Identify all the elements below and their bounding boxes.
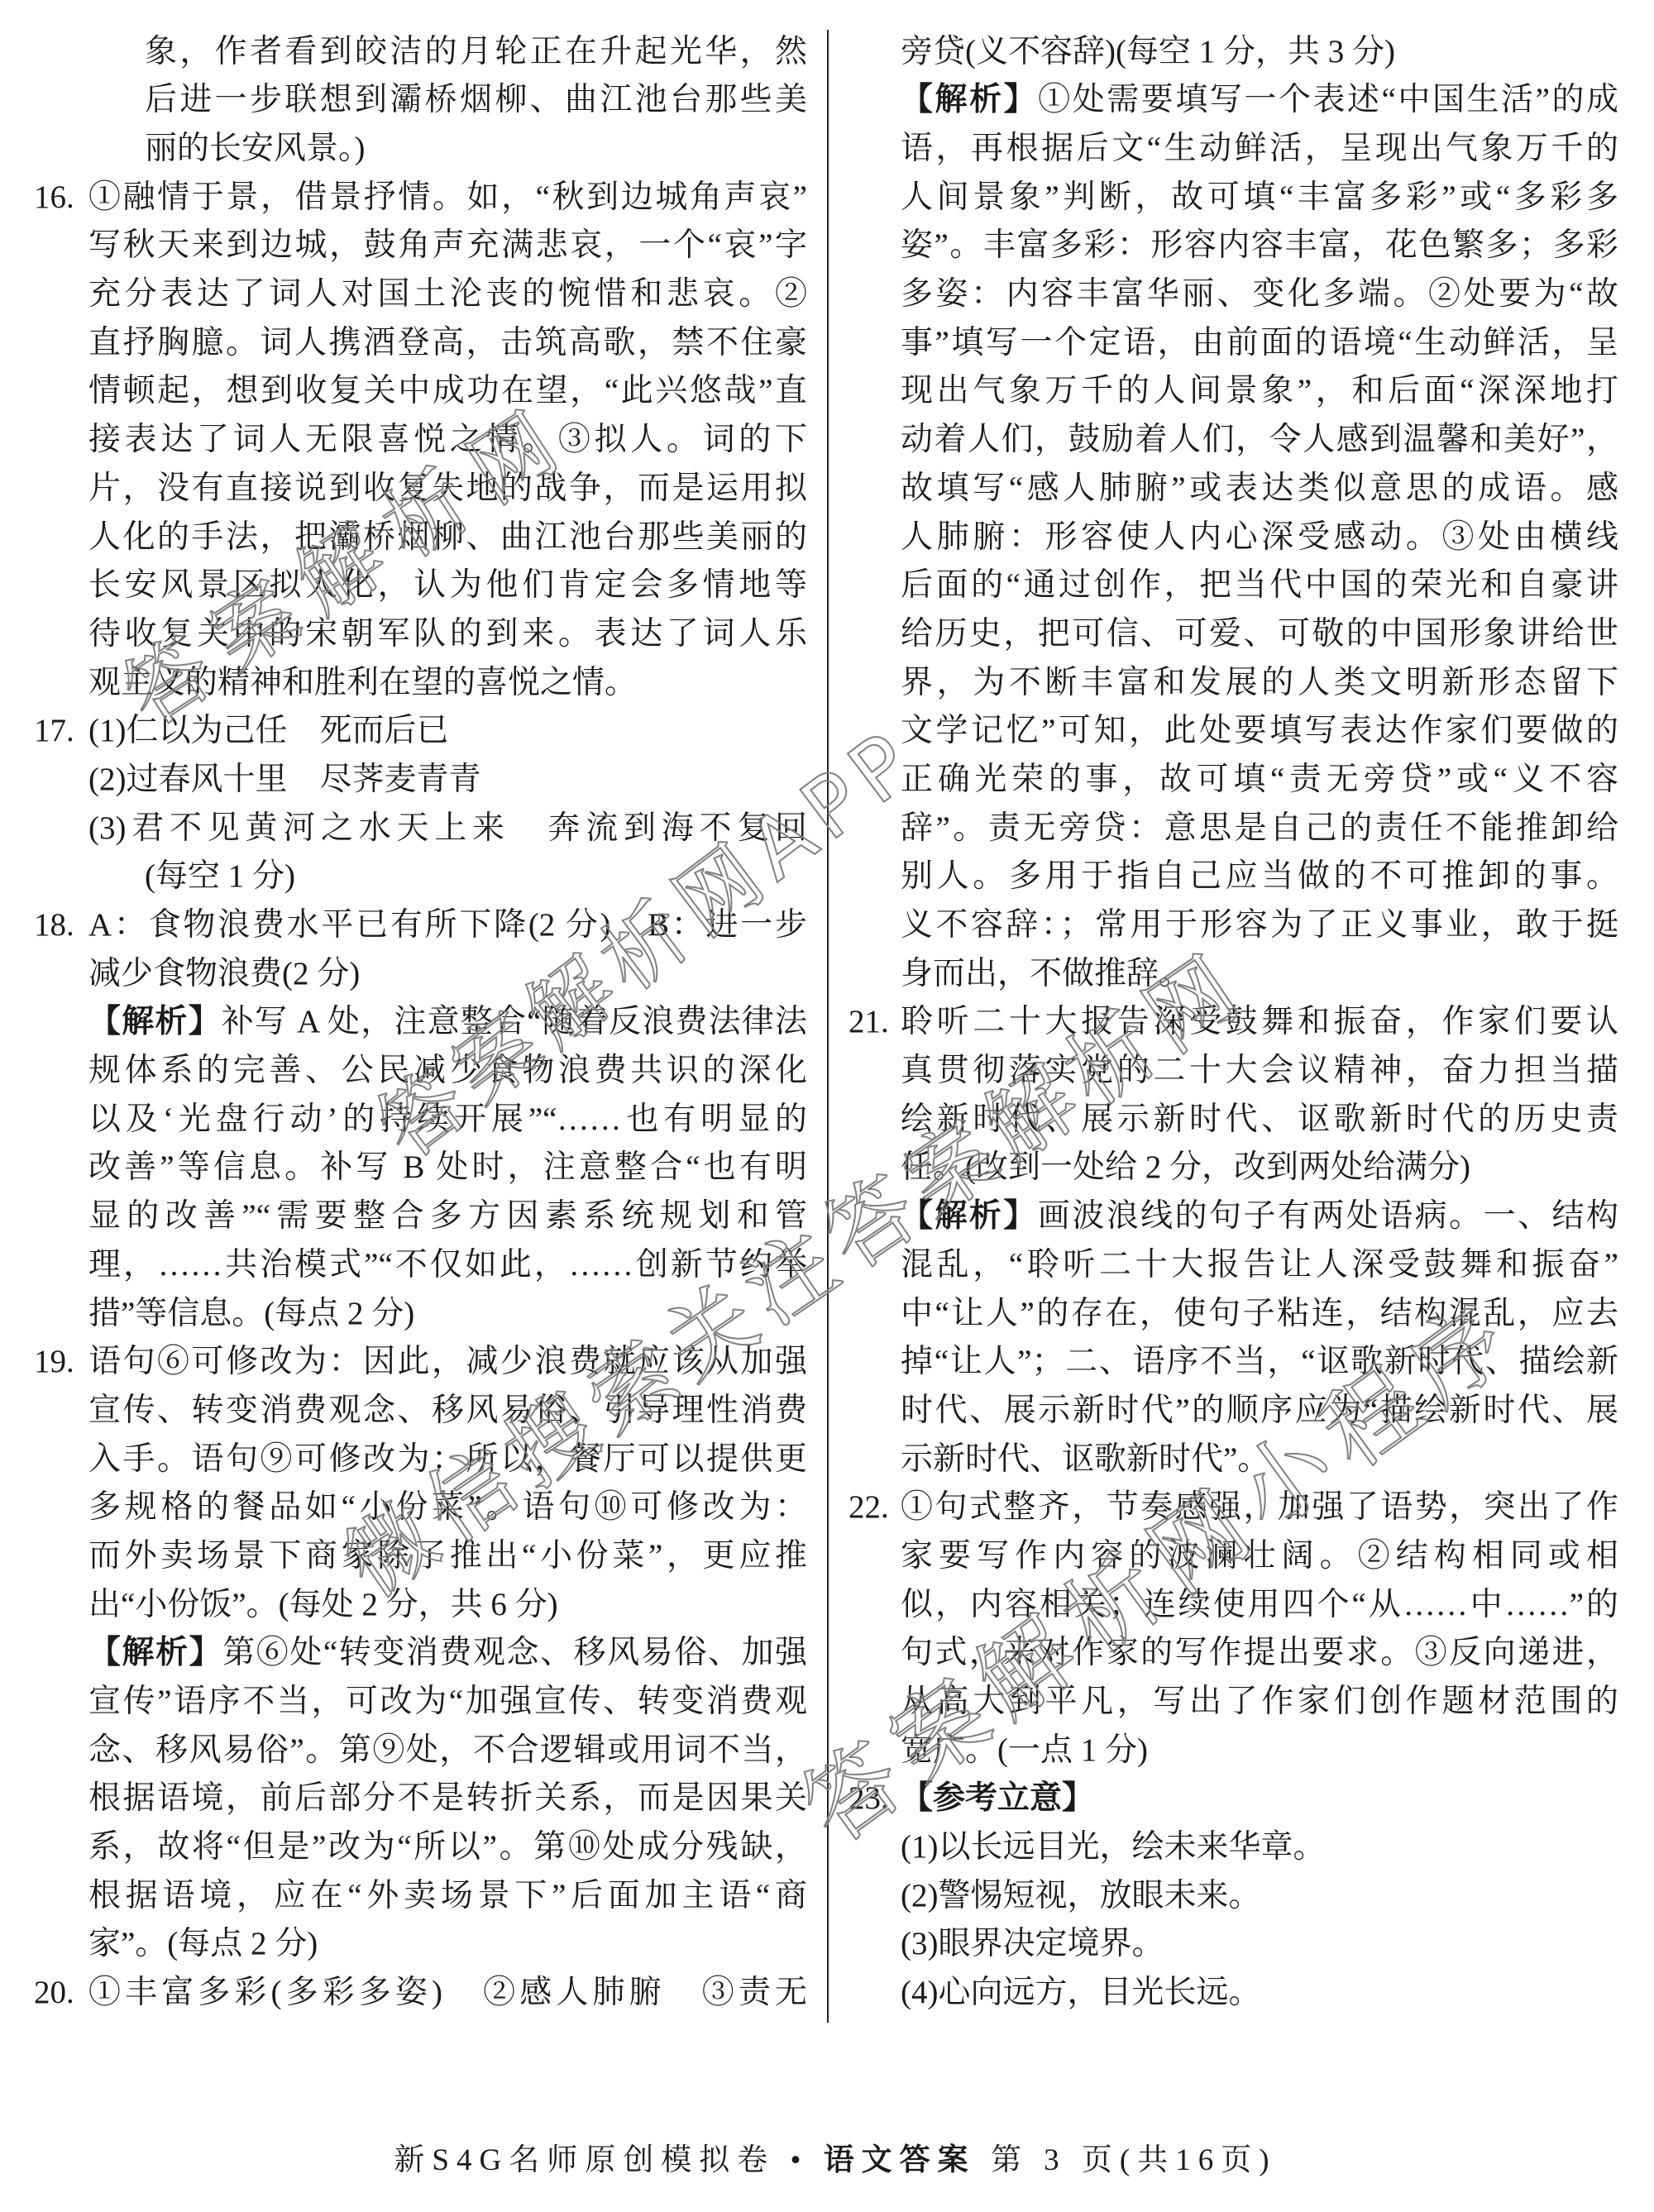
line-text: (2)警惕短视，放眼未来。 bbox=[901, 1878, 1260, 1913]
line-text: 根据语境，前后部分不是转折关系，而是因果关 bbox=[88, 1780, 807, 1816]
text-line: 给历史，把可信、可爱、可敬的中国形象讲给世 bbox=[849, 610, 1618, 659]
text-line: 人间景象”判断，故可填“丰富多彩”或“多彩多 bbox=[849, 174, 1618, 222]
text-line: (2)过春风十里 尽荠麦青青 bbox=[34, 756, 807, 805]
line-text: ①丰富多彩(多彩多姿) ②感人肺腑 ③责无 bbox=[88, 1975, 807, 2010]
text-line: 减少食物浪费(2 分) bbox=[34, 950, 807, 999]
analysis-line: 【解析】补写 A 处，注意整合“随着反浪费法律法 bbox=[34, 998, 807, 1047]
text-line: 观主义的精神和胜利在望的喜悦之情。 bbox=[34, 659, 807, 708]
line-text: (1)仁以为己任 死而后已 bbox=[88, 713, 448, 748]
text-line: 显的改善”“需要整合多方因素系统规划和管 bbox=[34, 1192, 807, 1241]
text-line: 掉“让人”；二、语序不当，“讴歌新时代、描绘新 bbox=[849, 1338, 1618, 1387]
line-text: 动着人们，鼓励着人们，令人感到温馨和美好”， bbox=[901, 422, 1618, 457]
line-text: A：食物浪费水平已有所下降(2 分) B：进一步 bbox=[88, 907, 807, 943]
line-text: 真贯彻落实党的二十大会议精神，奋力担当描 bbox=[901, 1053, 1618, 1088]
text-line: 多规格的餐品如“小份菜”。语句⑩可修改为： bbox=[34, 1483, 807, 1532]
line-text: 掉“让人”；二、语序不当，“讴歌新时代、描绘新 bbox=[901, 1344, 1618, 1379]
line-text: 出“小份饭”。(每处 2 分，共 6 分) bbox=[88, 1587, 558, 1622]
line-text: 直抒胸臆。词人携酒登高，击筑高歌，禁不住豪 bbox=[88, 325, 807, 361]
text-line: 理，……共治模式”“不仅如此，……创新节约举 bbox=[34, 1241, 807, 1290]
left-column: 象，作者看到皎洁的月轮正在升起光华，然 后进一步联想到灞桥烟柳、曲江池台那些美 … bbox=[34, 28, 807, 2018]
line-text: 多规格的餐品如“小份菜”。语句⑩可修改为： bbox=[88, 1489, 807, 1525]
text-line: 别人。多用于指自己应当做的不可推卸的事。 bbox=[849, 853, 1618, 901]
line-text: (3)君不见黄河之水天上来 奔流到海不复回 bbox=[88, 810, 807, 846]
answer-20-line: 20.①丰富多彩(多彩多姿) ②感人肺腑 ③责无 bbox=[34, 1969, 807, 2018]
line-text: 画波浪线的句子有两处语病。一、结构 bbox=[1038, 1198, 1618, 1234]
question-number: 19. bbox=[34, 1338, 74, 1387]
analysis-label: 【解析】 bbox=[901, 1198, 1038, 1234]
footer-separator: • bbox=[790, 2143, 808, 2177]
text-line: 根据语境，应在“外卖场景下”后面加主语“商 bbox=[34, 1872, 807, 1921]
theme-item: (2)警惕短视，放眼未来。 bbox=[849, 1872, 1618, 1921]
text-line: 故填写“感人肺腑”或表达类似意思的成语。感 bbox=[849, 465, 1618, 514]
line-text: 姿”。丰富多彩：形容内容丰富，花色繁多；多彩 bbox=[901, 227, 1618, 263]
text-line: 文学记忆”可知，此处要填写表达作家们要做的 bbox=[849, 707, 1618, 756]
line-text: 事”填写一个定语，由前面的语境“生动鲜活，呈 bbox=[901, 325, 1618, 361]
analysis-line: 【解析】画波浪线的句子有两处语病。一、结构 bbox=[849, 1192, 1618, 1241]
line-text: 系，故将“但是”改为“所以”。第⑩处成分残缺， bbox=[88, 1829, 807, 1865]
text-line: 后面的“通过创作，把当代中国的荣光和自豪讲 bbox=[849, 561, 1618, 610]
footer-subject: 语文答案 bbox=[824, 2143, 976, 2177]
text-line: 丽的长安风景。) bbox=[34, 125, 807, 174]
analysis-label: 【解析】 bbox=[88, 1635, 222, 1670]
line-text: ①句式整齐，节奏感强，加强了语势，突出了作 bbox=[901, 1489, 1618, 1525]
line-text: 长安风景区拟人化，认为他们肯定会多情地等 bbox=[88, 567, 807, 603]
text-line: 中“让人”的存在，使句子粘连，结构混乱，应去 bbox=[849, 1290, 1618, 1339]
question-number: 16. bbox=[34, 174, 74, 222]
line-text: 多姿：内容丰富华丽、变化多端。②处要为“故 bbox=[901, 276, 1618, 312]
line-text: 待收复关中的宋朝军队的到来。表达了词人乐 bbox=[88, 616, 807, 652]
text-line: 时代、展示新时代”的顺序应为“描绘新时代、展 bbox=[849, 1387, 1618, 1436]
line-text: (4)心向远方，目光长远。 bbox=[901, 1975, 1260, 2010]
answer-19-line: 19.语句⑥可修改为：因此，减少浪费就应该从加强 bbox=[34, 1338, 807, 1387]
line-text: 接表达了词人无限喜悦之情。③拟人。词的下 bbox=[88, 422, 807, 457]
text-line: 家要写作内容的波澜壮阔。②结构相同或相 bbox=[849, 1532, 1618, 1581]
answer-16-line: 16.①融情于景，借景抒情。如，“秋到边城角声哀” bbox=[34, 174, 807, 222]
text-line: 待收复关中的宋朝军队的到来。表达了词人乐 bbox=[34, 610, 807, 659]
line-text: 理，……共治模式”“不仅如此，……创新节约举 bbox=[88, 1247, 807, 1283]
line-text: 宣传”语序不当，可改为“加强宣传、转变消费观 bbox=[88, 1684, 807, 1719]
line-text: 显的改善”“需要整合多方因素系统规划和管 bbox=[88, 1198, 807, 1234]
question-number: 23. bbox=[849, 1775, 889, 1823]
line-text: (3)眼界决定境界。 bbox=[901, 1926, 1164, 1961]
page-footer: 新S4G名师原创模拟卷 • 语文答案 第 3 页(共16页) bbox=[0, 2138, 1654, 2184]
analysis-label: 【解析】 bbox=[88, 1004, 222, 1039]
line-text: 根据语境，应在“外卖场景下”后面加主语“商 bbox=[88, 1878, 807, 1913]
line-text: (1)以长远目光，绘未来华章。 bbox=[901, 1829, 1325, 1865]
line-text: 现出气象万千的人间景象”，和后面“深深地打 bbox=[901, 373, 1618, 408]
text-line: 姿”。丰富多彩：形容内容丰富，花色繁多；多彩 bbox=[849, 222, 1618, 270]
text-line: (3)君不见黄河之水天上来 奔流到海不复回 bbox=[34, 805, 807, 853]
analysis-line: 【解析】第⑥处“转变消费观念、移风易俗、加强 bbox=[34, 1629, 807, 1678]
footer-series: 新S4G名师原创模拟卷 bbox=[394, 2143, 775, 2177]
text-line: 人肺腑：形容使人内心深受感动。③处由横线 bbox=[849, 514, 1618, 562]
line-text: 旁贷(义不容辞)(每空 1 分，共 3 分) bbox=[901, 34, 1395, 69]
line-text: 后面的“通过创作，把当代中国的荣光和自豪讲 bbox=[901, 567, 1618, 603]
text-line: 情顿起，想到收复关中成功在望，“此兴悠哉”直 bbox=[34, 367, 807, 416]
text-line: 系，故将“但是”改为“所以”。第⑩处成分残缺， bbox=[34, 1823, 807, 1872]
text-line: 真贯彻落实党的二十大会议精神，奋力担当描 bbox=[849, 1047, 1618, 1096]
text-line: 现出气象万千的人间景象”，和后面“深深地打 bbox=[849, 367, 1618, 416]
question-number: 20. bbox=[34, 1969, 74, 2018]
answer-21-line: 21.聆听二十大报告深受鼓舞和振奋，作家们要认 bbox=[849, 998, 1618, 1047]
line-text: (2)过春风十里 尽荠麦青青 bbox=[88, 762, 480, 797]
line-text: 故填写“感人肺腑”或表达类似意思的成语。感 bbox=[901, 471, 1618, 506]
line-text: 绘新时代、展示新时代、讴歌新时代的历史责 bbox=[901, 1101, 1618, 1137]
line-text: 而外卖场景下商家除了推出“小份菜”，更应推 bbox=[88, 1538, 807, 1574]
theme-item: (1)以长远目光，绘未来华章。 bbox=[849, 1823, 1618, 1872]
line-text: 别人。多用于指自己应当做的不可推卸的事。 bbox=[901, 858, 1618, 894]
line-text: 聆听二十大报告深受鼓舞和振奋，作家们要认 bbox=[901, 1004, 1618, 1039]
line-text: 人肺腑：形容使人内心深受感动。③处由横线 bbox=[901, 519, 1618, 555]
line-text: 后进一步联想到灞桥烟柳、曲江池台那些美 bbox=[145, 82, 807, 117]
line-text: 时代、展示新时代”的顺序应为“描绘新时代、展 bbox=[901, 1393, 1618, 1428]
text-line: 改善”等信息。补写 B 处时，注意整合“也有明 bbox=[34, 1144, 807, 1192]
text-line: 直抒胸臆。词人携酒登高，击筑高歌，禁不住豪 bbox=[34, 319, 807, 368]
text-line: 混乱，“聆听二十大报告让人深受鼓舞和振奋” bbox=[849, 1241, 1618, 1290]
text-line: 家”。(每点 2 分) bbox=[34, 1920, 807, 1969]
column-divider bbox=[827, 30, 829, 2023]
question-number: 21. bbox=[849, 998, 889, 1047]
analysis-label: 【解析】 bbox=[901, 82, 1038, 117]
footer-page-info: 第 3 页(共16页) bbox=[991, 2143, 1277, 2177]
line-text: 句式，来对作家的写作提出要求。③反向递进， bbox=[901, 1635, 1618, 1670]
line-text: 正确光荣的事，故可填“责无旁贷”或“义不容 bbox=[901, 762, 1618, 797]
text-line: 长安风景区拟人化，认为他们肯定会多情地等 bbox=[34, 561, 807, 610]
text-line: 任。(改到一处给 2 分，改到两处给满分) bbox=[849, 1144, 1618, 1192]
line-text: 语句⑥可修改为：因此，减少浪费就应该从加强 bbox=[88, 1344, 807, 1379]
line-text: 文学记忆”可知，此处要填写表达作家们要做的 bbox=[901, 713, 1618, 748]
line-text: 观主义的精神和胜利在望的喜悦之情。 bbox=[88, 665, 637, 700]
line-text: 入手。语句⑨可修改为：所以，餐厅可以提供更 bbox=[88, 1441, 807, 1477]
line-text: 宣传、转变消费观念、移风易俗、引导理性消费 bbox=[88, 1393, 807, 1428]
text-line: 念、移风易俗”。第⑨处，不合逻辑或用词不当， bbox=[34, 1727, 807, 1775]
text-line: 身而出，不做推辞。 bbox=[849, 950, 1618, 999]
line-text: 第⑥处“转变消费观念、移风易俗、加强 bbox=[222, 1635, 807, 1670]
line-text: 宽广。(一点 1 分) bbox=[901, 1732, 1148, 1768]
text-line: 后进一步联想到灞桥烟柳、曲江池台那些美 bbox=[34, 76, 807, 125]
line-text: 充分表达了词人对国土沦丧的惋惜和悲哀。② bbox=[88, 276, 807, 312]
answer-22-line: 22.①句式整齐，节奏感强，加强了语势，突出了作 bbox=[849, 1483, 1618, 1532]
line-text: 丽的长安风景。) bbox=[145, 131, 366, 166]
line-text: 情顿起，想到收复关中成功在望，“此兴悠哉”直 bbox=[88, 373, 807, 408]
text-line: 措”等信息。(每点 2 分) bbox=[34, 1290, 807, 1339]
answer-18-line: 18.A：食物浪费水平已有所下降(2 分) B：进一步 bbox=[34, 901, 807, 950]
theme-item: (3)眼界决定境界。 bbox=[849, 1920, 1618, 1969]
line-text: 界，为不断丰富和发展的人类文明新形态留下 bbox=[901, 665, 1618, 700]
answer-23-line: 23.【参考立意】 bbox=[849, 1775, 1618, 1823]
line-text: 任。(改到一处给 2 分，改到两处给满分) bbox=[901, 1149, 1470, 1185]
line-text: 似，内容相关；连续使用四个“从……中……”的 bbox=[901, 1587, 1618, 1622]
text-line: 片，没有直接说到收复失地的战争，而是运用拟 bbox=[34, 465, 807, 514]
text-line: 句式，来对作家的写作提出要求。③反向递进， bbox=[849, 1629, 1618, 1678]
line-text: (每空 1 分) bbox=[145, 858, 295, 894]
score-note: (每空 1 分) bbox=[34, 853, 807, 901]
line-text: 写秋天来到边城，鼓角声充满悲哀，一个“哀”字 bbox=[88, 227, 807, 263]
answer-17-line: 17.(1)仁以为己任 死而后已 bbox=[34, 707, 807, 756]
line-text: ①处需要填写一个表述“中国生活”的成 bbox=[1038, 82, 1618, 117]
line-text: 减少食物浪费(2 分) bbox=[88, 956, 360, 991]
line-text: 以及‘光盘行动’的持续开展”“……也有明显的 bbox=[88, 1101, 807, 1137]
line-text: ①融情于景，借景抒情。如，“秋到边城角声哀” bbox=[88, 179, 807, 215]
line-text: 中“让人”的存在，使句子粘连，结构混乱，应去 bbox=[901, 1296, 1618, 1331]
line-text: 身而出，不做推辞。 bbox=[901, 956, 1191, 991]
line-text: 措”等信息。(每点 2 分) bbox=[88, 1296, 414, 1331]
text-line: 语，再根据后文“生动鲜活，呈现出气象万千的 bbox=[849, 125, 1618, 174]
text-line: 写秋天来到边城，鼓角声充满悲哀，一个“哀”字 bbox=[34, 222, 807, 270]
question-number: 22. bbox=[849, 1483, 889, 1532]
theme-item: (4)心向远方，目光长远。 bbox=[849, 1969, 1618, 2018]
line-text: 给历史，把可信、可爱、可敬的中国形象讲给世 bbox=[901, 616, 1618, 652]
line-text: 混乱，“聆听二十大报告让人深受鼓舞和振奋” bbox=[901, 1247, 1618, 1283]
line-text: 改善”等信息。补写 B 处时，注意整合“也有明 bbox=[88, 1149, 807, 1185]
text-line: 规体系的完善、公民减少食物浪费共识的深化 bbox=[34, 1047, 807, 1096]
text-line: 以及‘光盘行动’的持续开展”“……也有明显的 bbox=[34, 1096, 807, 1144]
text-line: 动着人们，鼓励着人们，令人感到温馨和美好”， bbox=[849, 416, 1618, 465]
text-line: 辞”。责无旁贷：意思是自己的责任不能推卸给 bbox=[849, 805, 1618, 853]
text-line: 根据语境，前后部分不是转折关系，而是因果关 bbox=[34, 1775, 807, 1823]
line-text: 示新时代、讴歌新时代”。 bbox=[901, 1441, 1269, 1477]
line-text: 片，没有直接说到收复失地的战争，而是运用拟 bbox=[88, 471, 807, 506]
line-text: 人化的手法，把灞桥烟柳、曲江池台那些美丽的 bbox=[88, 519, 807, 555]
text-line: 出“小份饭”。(每处 2 分，共 6 分) bbox=[34, 1581, 807, 1630]
line-text: 家”。(每点 2 分) bbox=[88, 1926, 318, 1961]
question-number: 17. bbox=[34, 707, 74, 756]
text-line: 正确光荣的事，故可填“责无旁贷”或“义不容 bbox=[849, 756, 1618, 805]
line-text: 人间景象”判断，故可填“丰富多彩”或“多彩多 bbox=[901, 179, 1618, 215]
text-line: 象，作者看到皎洁的月轮正在升起光华，然 bbox=[34, 28, 807, 77]
text-line: 事”填写一个定语，由前面的语境“生动鲜活，呈 bbox=[849, 319, 1618, 368]
text-line: 接表达了词人无限喜悦之情。③拟人。词的下 bbox=[34, 416, 807, 465]
text-line: 而外卖场景下商家除了推出“小份菜”，更应推 bbox=[34, 1532, 807, 1581]
line-text: 象，作者看到皎洁的月轮正在升起光华，然 bbox=[145, 34, 807, 69]
line-text: 补写 A 处，注意整合“随着反浪费法律法 bbox=[222, 1004, 807, 1039]
text-line: 似，内容相关；连续使用四个“从……中……”的 bbox=[849, 1581, 1618, 1630]
line-text: 念、移风易俗”。第⑨处，不合逻辑或用词不当， bbox=[88, 1732, 807, 1768]
text-line: 充分表达了词人对国土沦丧的惋惜和悲哀。② bbox=[34, 270, 807, 319]
line-text: 义不容辞：；常用于形容为了正义事业，敢于挺 bbox=[901, 907, 1618, 943]
line-text: 从高大到平凡，写出了作家们创作题材范围的 bbox=[901, 1684, 1618, 1719]
text-line: 从高大到平凡，写出了作家们创作题材范围的 bbox=[849, 1678, 1618, 1727]
text-line: 人化的手法，把灞桥烟柳、曲江池台那些美丽的 bbox=[34, 514, 807, 562]
text-line: 绘新时代、展示新时代、讴歌新时代的历史责 bbox=[849, 1096, 1618, 1144]
text-line: 义不容辞：；常用于形容为了正义事业，敢于挺 bbox=[849, 901, 1618, 950]
text-line: 旁贷(义不容辞)(每空 1 分，共 3 分) bbox=[849, 28, 1618, 77]
text-line: 宣传”语序不当，可改为“加强宣传、转变消费观 bbox=[34, 1678, 807, 1727]
right-column: 旁贷(义不容辞)(每空 1 分，共 3 分) 【解析】①处需要填写一个表述“中国… bbox=[849, 28, 1618, 2018]
reference-theme-label: 【参考立意】 bbox=[901, 1780, 1094, 1816]
line-text: 家要写作内容的波澜壮阔。②结构相同或相 bbox=[901, 1538, 1618, 1574]
line-text: 辞”。责无旁贷：意思是自己的责任不能推卸给 bbox=[901, 810, 1618, 846]
text-line: 宣传、转变消费观念、移风易俗、引导理性消费 bbox=[34, 1387, 807, 1436]
text-line: 多姿：内容丰富华丽、变化多端。②处要为“故 bbox=[849, 270, 1618, 319]
text-line: 界，为不断丰富和发展的人类文明新形态留下 bbox=[849, 659, 1618, 708]
text-line: 示新时代、讴歌新时代”。 bbox=[849, 1436, 1618, 1484]
text-line: 宽广。(一点 1 分) bbox=[849, 1727, 1618, 1775]
text-line: 入手。语句⑨可修改为：所以，餐厅可以提供更 bbox=[34, 1436, 807, 1484]
question-number: 18. bbox=[34, 901, 74, 950]
line-text: 规体系的完善、公民减少食物浪费共识的深化 bbox=[88, 1053, 807, 1088]
analysis-line: 【解析】①处需要填写一个表述“中国生活”的成 bbox=[849, 76, 1618, 125]
line-text: 语，再根据后文“生动鲜活，呈现出气象万千的 bbox=[901, 131, 1618, 166]
